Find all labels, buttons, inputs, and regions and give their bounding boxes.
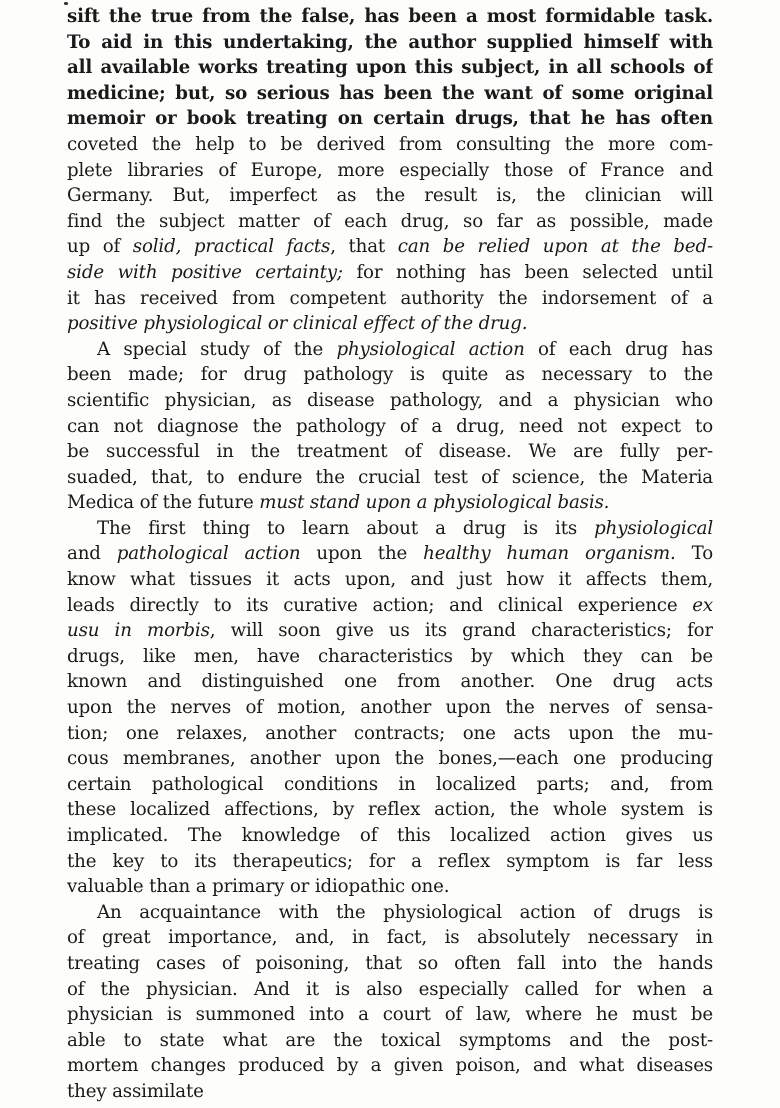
text-run: , will soon give us its grand characteri… — [210, 620, 713, 641]
text-line: To aid in this undertaking, the author s… — [67, 30, 713, 56]
text-run: upon the — [300, 543, 423, 564]
body-text: sift the true from the false, has been a… — [67, 4, 713, 1105]
text-line: Medica of the future must stand upon a p… — [67, 490, 713, 516]
text-run: these localized affections, by reflex ac… — [67, 799, 713, 820]
text-line: of the physician. And it is also especia… — [67, 977, 713, 1003]
text-run: An acquaintance with the physiological a… — [97, 902, 713, 923]
text-run: drugs, like men, have characteristics by… — [67, 646, 713, 667]
text-line: it has received from competent authority… — [67, 286, 713, 312]
text-line: The first thing to learn about a drug is… — [67, 516, 713, 542]
text-line: mortem changes produced by a given poiso… — [67, 1053, 713, 1079]
text-line: leads directly to its curative action; a… — [67, 593, 713, 619]
italic-text: positive physiological or clinical effec… — [67, 313, 527, 334]
text-line: positive physiological or clinical effec… — [67, 311, 713, 337]
italic-text: side with positive certainty; — [67, 262, 343, 283]
italic-text: pathological action — [117, 543, 301, 564]
text-line: implicated. The knowledge of this locali… — [67, 823, 713, 849]
italic-text: can be relied upon at the bed- — [398, 236, 713, 257]
italic-text: ex — [692, 595, 713, 616]
text-line: memoir or book treating on certain drugs… — [67, 106, 713, 132]
text-line: they assimilate — [67, 1079, 713, 1105]
text-line: side with positive certainty; for nothin… — [67, 260, 713, 286]
text-run: been made; for drug pathology is quite a… — [67, 364, 713, 385]
text-line: usu in morbis, will soon give us its gra… — [67, 618, 713, 644]
text-run: known and distinguished one from another… — [67, 671, 713, 692]
text-run: able to state what are the toxical sympt… — [67, 1030, 713, 1051]
text-run: , that — [330, 236, 398, 257]
text-run: the key to its therapeutics; for a refle… — [67, 851, 713, 872]
text-run: treating cases of poisoning, that so oft… — [67, 953, 713, 974]
text-run: know what tissues it acts upon, and just… — [67, 569, 713, 590]
text-run: be successful in the treatment of diseas… — [67, 441, 713, 462]
text-line: certain pathological conditions in local… — [67, 772, 713, 798]
text-line: these localized affections, by reflex ac… — [67, 797, 713, 823]
text-line: be successful in the treatment of diseas… — [67, 439, 713, 465]
text-line: upon the nerves of motion, another upon … — [67, 695, 713, 721]
text-run: of the physician. And it is also especia… — [67, 979, 713, 1000]
text-line: able to state what are the toxical sympt… — [67, 1028, 713, 1054]
text-run: A special study of the — [97, 339, 336, 360]
text-line: find the subject matter of each drug, so… — [67, 209, 713, 235]
text-run: medicine; but, so serious has been the w… — [67, 83, 713, 104]
text-run: of great importance, and, in fact, is ab… — [67, 927, 713, 948]
text-run: To aid in this undertaking, the author s… — [67, 32, 713, 53]
text-run: find the subject matter of each drug, so… — [67, 211, 713, 232]
italic-text: physiological — [594, 518, 713, 539]
text-run: and — [67, 543, 117, 564]
text-run: To — [676, 543, 713, 564]
text-line: know what tissues it acts upon, and just… — [67, 567, 713, 593]
paragraph: sift the true from the false, has been a… — [67, 4, 713, 337]
text-line: tion; one relaxes, another contracts; on… — [67, 721, 713, 747]
text-run: scientific physician, as disease patholo… — [67, 390, 713, 411]
text-run: plete libraries of Europe, more especial… — [67, 160, 713, 181]
text-run: for nothing has been selected until — [343, 262, 713, 283]
text-run: can not diagnose the pathology of a drug… — [67, 416, 713, 437]
scanned-book-page: sift the true from the false, has been a… — [0, 0, 780, 1108]
text-line: coveted the help to be derived from cons… — [67, 132, 713, 158]
text-run: leads directly to its curative action; a… — [67, 595, 692, 616]
text-run: tion; one relaxes, another contracts; on… — [67, 723, 713, 744]
text-line: Germany. But, imperfect as the result is… — [67, 183, 713, 209]
italic-text: healthy human organism. — [423, 543, 676, 564]
text-run: physician is summoned into a court of la… — [67, 1004, 713, 1025]
text-line: known and distinguished one from another… — [67, 669, 713, 695]
text-line: An acquaintance with the physiological a… — [67, 900, 713, 926]
text-run: they assimilate — [67, 1081, 204, 1102]
text-run: implicated. The knowledge of this locali… — [67, 825, 713, 846]
text-line: A special study of the physiological act… — [67, 337, 713, 363]
text-run: of each drug has — [525, 339, 713, 360]
text-line: the key to its therapeutics; for a refle… — [67, 849, 713, 875]
text-run: sift the true from the false, has been a… — [67, 6, 713, 27]
text-run: certain pathological conditions in local… — [67, 774, 713, 795]
text-line: drugs, like men, have characteristics by… — [67, 644, 713, 670]
text-line: scientific physician, as disease patholo… — [67, 388, 713, 414]
text-run: valuable than a primary or idiopathic on… — [67, 876, 449, 897]
text-line: and pathological action upon the healthy… — [67, 541, 713, 567]
italic-text: usu in morbis — [67, 620, 210, 641]
text-run: upon the nerves of motion, another upon … — [67, 697, 713, 718]
text-line: suaded, that, to endure the crucial test… — [67, 465, 713, 491]
text-line: cous membranes, another upon the bones,—… — [67, 746, 713, 772]
italic-text: solid, practical facts — [133, 236, 330, 257]
text-run: all available works treating upon this s… — [67, 57, 713, 78]
text-run: mortem changes produced by a given poiso… — [67, 1055, 713, 1076]
text-line: sift the true from the false, has been a… — [67, 4, 713, 30]
paragraph: A special study of the physiological act… — [67, 337, 713, 516]
text-run: suaded, that, to endure the crucial test… — [67, 467, 713, 488]
text-run: memoir or book treating on certain drugs… — [67, 108, 713, 129]
text-run: Germany. But, imperfect as the result is… — [67, 185, 713, 206]
italic-text: physiological action — [336, 339, 524, 360]
text-run: coveted the help to be derived from cons… — [67, 134, 713, 155]
text-line: been made; for drug pathology is quite a… — [67, 362, 713, 388]
text-line: treating cases of poisoning, that so oft… — [67, 951, 713, 977]
text-line: of great importance, and, in fact, is ab… — [67, 925, 713, 951]
text-line: valuable than a primary or idiopathic on… — [67, 874, 713, 900]
text-run: up of — [67, 236, 133, 257]
text-line: medicine; but, so serious has been the w… — [67, 81, 713, 107]
text-line: physician is summoned into a court of la… — [67, 1002, 713, 1028]
text-run: Medica of the future — [67, 492, 259, 513]
text-run: cous membranes, another upon the bones,—… — [67, 748, 713, 769]
text-line: plete libraries of Europe, more especial… — [67, 158, 713, 184]
paragraph: An acquaintance with the physiological a… — [67, 900, 713, 1105]
text-line: all available works treating upon this s… — [67, 55, 713, 81]
text-run: it has received from competent authority… — [67, 288, 713, 309]
paragraph: The first thing to learn about a drug is… — [67, 516, 713, 900]
text-run: The first thing to learn about a drug is… — [97, 518, 594, 539]
italic-text: must stand upon a physiological basis. — [259, 492, 609, 513]
text-line: can not diagnose the pathology of a drug… — [67, 414, 713, 440]
text-line: up of solid, practical facts, that can b… — [67, 234, 713, 260]
